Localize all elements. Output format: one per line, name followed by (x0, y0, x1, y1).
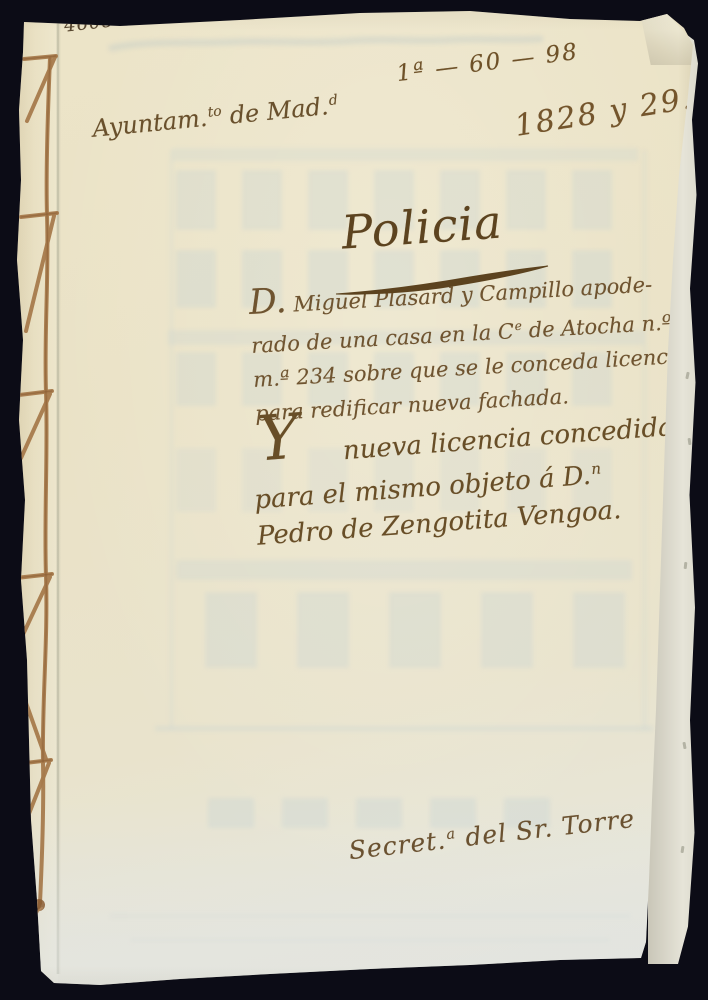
scanned-manuscript-view: 4608 1ª — 60 — 98 Ayuntam.to de Mad.d 18… (0, 0, 708, 1000)
docket-text: D. Miguel Plasard y Campillo apode- rado… (248, 262, 691, 431)
ghost-band (176, 560, 632, 580)
thread-knot (33, 899, 45, 911)
spine-zone (14, 10, 58, 990)
organization-heading: Ayuntam.to de Mad.d (91, 91, 339, 143)
annotation-text: Y nueva licencia concedida para el mismo… (250, 409, 687, 555)
ghost-win (297, 592, 349, 668)
docket-line-part: de Atocha n.º 2 (521, 309, 692, 342)
signature-part: del Sr. Torre (455, 804, 637, 853)
ghost-win (205, 592, 257, 668)
org-place: de Mad. (221, 92, 330, 130)
section-title: Policia (310, 192, 533, 261)
ghost-band (110, 914, 630, 918)
stitching-thread (9, 56, 57, 947)
ghost-win (176, 352, 216, 406)
spine-fold-line (56, 22, 61, 974)
document-page: 4608 1ª — 60 — 98 Ayuntam.to de Mad.d 18… (0, 0, 708, 1000)
ghost-win (481, 592, 533, 668)
annotation-initial: Y (257, 418, 300, 457)
signature-part: Secret. (347, 825, 447, 865)
ghost-win (176, 250, 216, 308)
annotation-superscript: n (591, 459, 602, 478)
ghost-win (176, 170, 216, 230)
ghost-win (389, 592, 441, 668)
archive-number: 4608 (63, 10, 115, 36)
ghost-win (282, 798, 328, 828)
classification-mark: 1ª — 60 — 98 (395, 39, 580, 87)
secretary-signature: Secret.a del Sr. Torre (347, 804, 636, 865)
ghost-win (242, 170, 282, 230)
ghost-win (356, 798, 402, 828)
ghost-win (572, 170, 612, 230)
top-right-corner-fold (641, 11, 695, 65)
ghost-band (172, 148, 638, 161)
year-annotation: 1828 y 29. (512, 81, 695, 144)
org-abbrev: Ayuntam. (91, 104, 208, 143)
ghost-band (130, 938, 610, 942)
ghost-win (573, 592, 625, 668)
ghost-win (176, 448, 216, 512)
ghost-band (155, 726, 653, 731)
ghost-wall (170, 150, 173, 730)
ghost-win (208, 798, 254, 828)
org-place-superscript: d (328, 92, 338, 109)
